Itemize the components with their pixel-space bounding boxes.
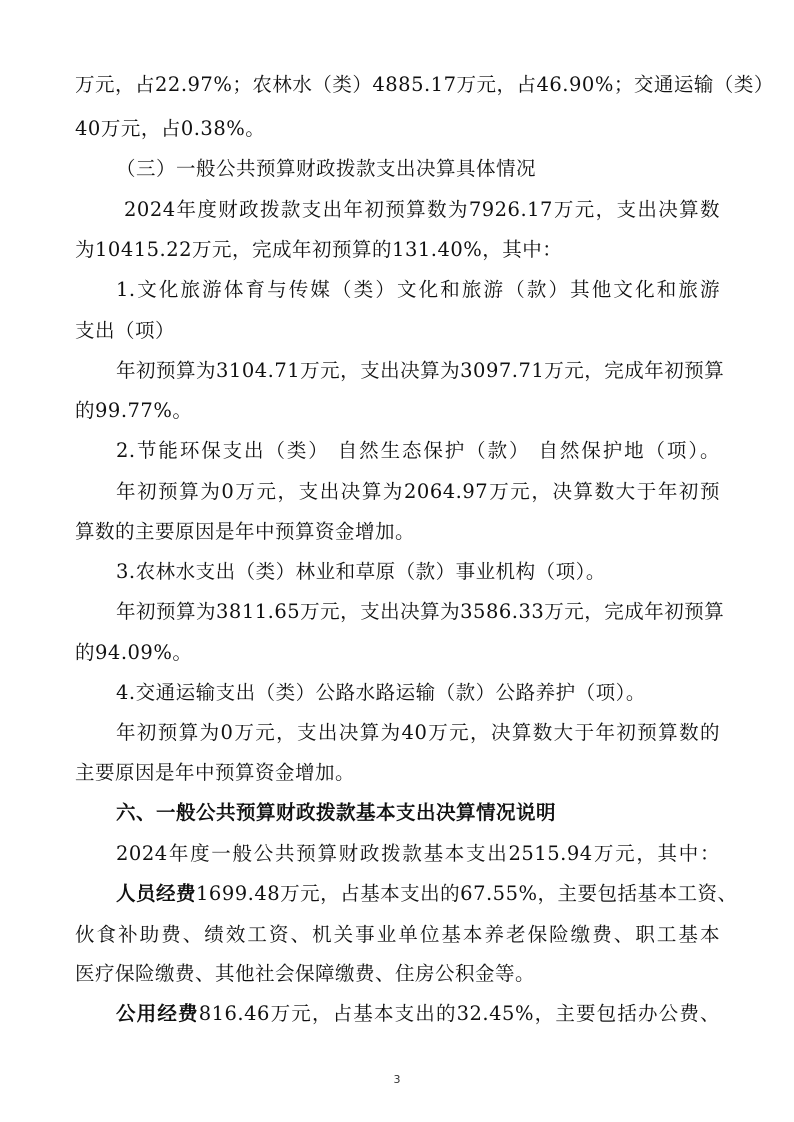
public-expense-label: 公用经费 <box>116 1002 199 1025</box>
public-expense-line: 公用经费816.46万元，占基本支出的32.45%，主要包括办公费、 <box>116 1001 720 1027</box>
document-page: 万元，占22.97%；农林水（类）4885.17万元，占46.90%；交通运输（… <box>0 0 794 1122</box>
paragraph-line: 年初预算为0万元，支出决算为2064.97万元，决算数大于年初预 <box>116 479 720 505</box>
paragraph-line: 的99.77%。 <box>75 398 720 424</box>
paragraph-line: 2024年度财政拨款支出年初预算数为7926.17万元，支出决算数 <box>124 197 720 223</box>
paragraph-line: 万元，占22.97%；农林水（类）4885.17万元，占46.90%；交通运输（… <box>75 72 720 98</box>
paragraph-line: 2.节能环保支出（类） 自然生态保护（款） 自然保护地（项）。 <box>116 438 720 464</box>
paragraph-line: 年初预算为0万元，支出决算为40万元，决算数大于年初预算数的 <box>116 720 720 746</box>
public-expense-amount: 816.46万元 <box>199 1002 312 1025</box>
personnel-expense-amount: 1699.48万元 <box>196 882 320 905</box>
personnel-expense-line: 人员经费1699.48万元，占基本支出的67.55%，主要包括基本工资、 <box>116 881 720 907</box>
paragraph-line: 主要原因是年中预算资金增加。 <box>75 760 720 786</box>
paragraph-line: 年初预算为3811.65万元，支出决算为3586.33万元，完成年初预算 <box>116 599 720 625</box>
page-number: 3 <box>0 1073 794 1086</box>
paragraph-line: 医疗保险缴费、其他社会保障缴费、住房公积金等。 <box>75 961 720 987</box>
paragraph-line: 2024年度一般公共预算财政拨款基本支出2515.94万元，其中： <box>116 841 720 867</box>
paragraph-line: 支出（项） <box>75 318 720 344</box>
paragraph-line: 40万元，占0.38%。 <box>75 116 720 142</box>
personnel-expense-label: 人员经费 <box>116 882 196 905</box>
section-heading: （三）一般公共预算财政拨款支出决算具体情况 <box>116 156 720 182</box>
paragraph-line: 的94.09%。 <box>75 640 720 666</box>
paragraph-line: 4.交通运输支出（类）公路水路运输（款）公路养护（项）。 <box>116 680 720 706</box>
public-expense-desc: ，占基本支出的32.45%，主要包括办公费、 <box>312 1002 720 1025</box>
paragraph-line: 年初预算为3104.71万元，支出决算为3097.71万元，完成年初预算 <box>116 358 720 384</box>
personnel-expense-desc: ，占基本支出的67.55%，主要包括基本工资、 <box>320 882 737 905</box>
paragraph-line: 伙食补助费、绩效工资、机关事业单位基本养老保险缴费、职工基本 <box>75 922 720 948</box>
section-heading: 六、一般公共预算财政拨款基本支出决算情况说明 <box>116 800 720 826</box>
paragraph-line: 算数的主要原因是年中预算资金增加。 <box>75 519 720 545</box>
paragraph-line: 为10415.22万元，完成年初预算的131.40%，其中： <box>75 237 720 263</box>
paragraph-line: 3.农林水支出（类）林业和草原（款）事业机构（项）。 <box>116 559 720 585</box>
paragraph-line: 1.文化旅游体育与传媒（类）文化和旅游（款）其他文化和旅游 <box>116 277 720 303</box>
